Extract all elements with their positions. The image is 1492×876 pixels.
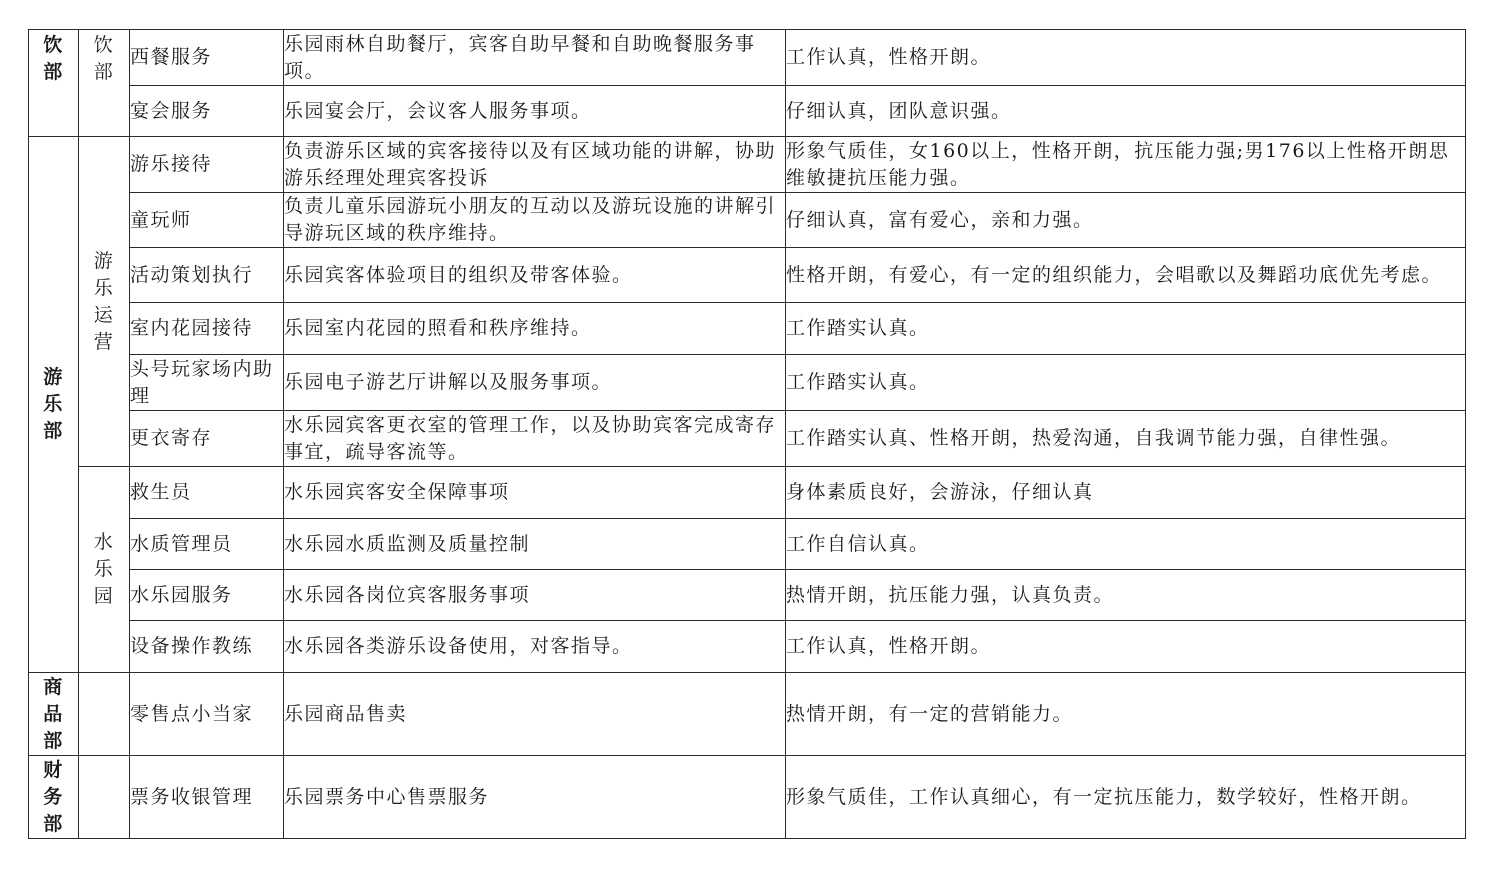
requirements-cell: 工作踏实认真。 [786, 303, 1466, 355]
table-row: 更衣寄存 水乐园宾客更衣室的管理工作，以及协助宾客完成寄存事宜，疏导客流等。 工… [29, 411, 1466, 467]
position-cell: 水乐园服务 [130, 570, 284, 621]
department-cell-finance: 财务部 [29, 756, 79, 839]
position-cell: 救生员 [130, 467, 284, 519]
subdepartment-cell-amusement-operations: 游乐运营 [79, 137, 130, 467]
requirements-cell: 工作认真，性格开朗。 [786, 621, 1466, 673]
department-cell-merchandise: 商品部 [29, 673, 79, 756]
requirements-cell: 形象气质佳，女160以上，性格开朗，抗压能力强;男176以上性格开朗思维敏捷抗压… [786, 137, 1466, 193]
table-row: 水乐园 救生员 水乐园宾客安全保障事项 身体素质良好，会游泳，仔细认真 [29, 467, 1466, 519]
position-cell: 活动策划执行 [130, 248, 284, 303]
description-cell: 乐园雨林自助餐厅，宾客自助早餐和自助晚餐服务事项。 [284, 30, 786, 86]
subdepartment-cell-water-park: 水乐园 [79, 467, 130, 673]
table-row: 商品部 零售点小当家 乐园商品售卖 热情开朗，有一定的营销能力。 [29, 673, 1466, 756]
requirements-cell: 性格开朗，有爱心，有一定的组织能力，会唱歌以及舞蹈功底优先考虑。 [786, 248, 1466, 303]
description-cell: 乐园票务中心售票服务 [284, 756, 786, 839]
requirements-cell: 工作踏实认真、性格开朗，热爱沟通，自我调节能力强，自律性强。 [786, 411, 1466, 467]
subdepartment-cell-empty [79, 673, 130, 756]
description-cell: 负责游乐区域的宾客接待以及有区域功能的讲解，协助游乐经理处理宾客投诉 [284, 137, 786, 193]
position-cell: 室内花园接待 [130, 303, 284, 355]
description-cell: 乐园宾客体验项目的组织及带客体验。 [284, 248, 786, 303]
department-cell-amusement: 游乐部 [29, 137, 79, 673]
position-cell: 设备操作教练 [130, 621, 284, 673]
description-cell: 乐园室内花园的照看和秩序维持。 [284, 303, 786, 355]
position-cell: 零售点小当家 [130, 673, 284, 756]
description-cell: 水乐园宾客安全保障事项 [284, 467, 786, 519]
department-cell-catering: 饮部 [29, 30, 79, 137]
requirements-cell: 工作踏实认真。 [786, 355, 1466, 411]
description-cell: 水乐园各岗位宾客服务事项 [284, 570, 786, 621]
requirements-cell: 形象气质佳，工作认真细心，有一定抗压能力，数学较好，性格开朗。 [786, 756, 1466, 839]
subdepartment-cell-empty [79, 756, 130, 839]
table-row: 游乐部 游乐运营 游乐接待 负责游乐区域的宾客接待以及有区域功能的讲解，协助游乐… [29, 137, 1466, 193]
position-cell: 西餐服务 [130, 30, 284, 86]
description-cell: 水乐园各类游乐设备使用，对客指导。 [284, 621, 786, 673]
requirements-cell: 身体素质良好，会游泳，仔细认真 [786, 467, 1466, 519]
position-cell: 更衣寄存 [130, 411, 284, 467]
table-row: 财务部 票务收银管理 乐园票务中心售票服务 形象气质佳，工作认真细心，有一定抗压… [29, 756, 1466, 839]
table-row: 头号玩家场内助理 乐园电子游艺厅讲解以及服务事项。 工作踏实认真。 [29, 355, 1466, 411]
position-cell: 宴会服务 [130, 86, 284, 137]
requirements-cell: 工作自信认真。 [786, 519, 1466, 570]
position-cell: 头号玩家场内助理 [130, 355, 284, 411]
description-cell: 乐园宴会厅，会议客人服务事项。 [284, 86, 786, 137]
requirements-cell: 热情开朗，抗压能力强，认真负责。 [786, 570, 1466, 621]
table-row: 童玩师 负责儿童乐园游玩小朋友的互动以及游玩设施的讲解引导游玩区域的秩序维持。 … [29, 193, 1466, 248]
description-cell: 乐园商品售卖 [284, 673, 786, 756]
table-row: 水质管理员 水乐园水质监测及质量控制 工作自信认真。 [29, 519, 1466, 570]
table-row: 室内花园接待 乐园室内花园的照看和秩序维持。 工作踏实认真。 [29, 303, 1466, 355]
table-row: 活动策划执行 乐园宾客体验项目的组织及带客体验。 性格开朗，有爱心，有一定的组织… [29, 248, 1466, 303]
description-cell: 乐园电子游艺厅讲解以及服务事项。 [284, 355, 786, 411]
position-cell: 水质管理员 [130, 519, 284, 570]
description-cell: 水乐园水质监测及质量控制 [284, 519, 786, 570]
table-row: 宴会服务 乐园宴会厅，会议客人服务事项。 仔细认真，团队意识强。 [29, 86, 1466, 137]
table-row: 饮部 饮部 西餐服务 乐园雨林自助餐厅，宾客自助早餐和自助晚餐服务事项。 工作认… [29, 30, 1466, 86]
table-row: 设备操作教练 水乐园各类游乐设备使用，对客指导。 工作认真，性格开朗。 [29, 621, 1466, 673]
position-cell: 童玩师 [130, 193, 284, 248]
subdepartment-cell-catering: 饮部 [79, 30, 130, 137]
requirements-cell: 仔细认真，团队意识强。 [786, 86, 1466, 137]
description-cell: 水乐园宾客更衣室的管理工作，以及协助宾客完成寄存事宜，疏导客流等。 [284, 411, 786, 467]
table-row: 水乐园服务 水乐园各岗位宾客服务事项 热情开朗，抗压能力强，认真负责。 [29, 570, 1466, 621]
requirements-cell: 仔细认真，富有爱心，亲和力强。 [786, 193, 1466, 248]
job-positions-table: 饮部 饮部 西餐服务 乐园雨林自助餐厅，宾客自助早餐和自助晚餐服务事项。 工作认… [28, 29, 1466, 839]
requirements-cell: 工作认真，性格开朗。 [786, 30, 1466, 86]
position-cell: 游乐接待 [130, 137, 284, 193]
description-cell: 负责儿童乐园游玩小朋友的互动以及游玩设施的讲解引导游玩区域的秩序维持。 [284, 193, 786, 248]
position-cell: 票务收银管理 [130, 756, 284, 839]
requirements-cell: 热情开朗，有一定的营销能力。 [786, 673, 1466, 756]
